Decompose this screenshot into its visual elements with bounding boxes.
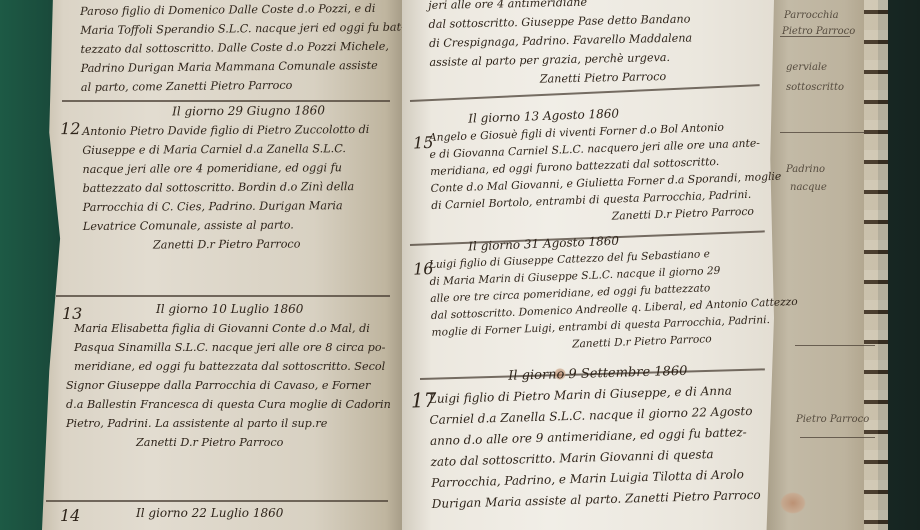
priest-signature: Zanetti D.r Pietro Parroco [66,433,391,452]
under-fragment: Padrino [786,160,825,180]
under-divider [795,345,875,346]
entry-line: Levatrice Comunale, assiste al parto. [83,215,370,236]
under-divider [780,132,870,133]
register-book: Parrocchia Pietro Parroco gerviale sotto… [0,0,920,530]
entry-17: 17 Il giorno 9 Settembre 1860 Luigi figl… [428,359,761,515]
entry-line: Antonio Pietro Davide figlio di Pietro Z… [82,120,369,141]
entry-date: Il giorno 22 Luglio 1860 [66,504,283,523]
entry-divider [56,295,390,297]
priest-signature: Zanetti D.r Pietro Parroco [83,234,370,255]
entry-number: 13 [62,304,82,323]
entry-number: 17 [411,390,437,412]
entry-line: battezzato dal sottoscritto. Bordin d.o … [83,177,370,198]
entry-13: 13 Il giorno 10 Luglio 1860 Maria Elisab… [66,300,391,452]
entry-line: Signor Giuseppe dalla Parrocchia di Cava… [66,376,391,395]
entry-divider [46,500,388,502]
entry-number: 14 [60,506,80,525]
entry-line: al parto, come Zanetti Pietro Parroco [81,75,406,97]
entry-number: 15 [413,134,434,152]
entry-line: Pietro, Padrini. La assistente al parto … [66,414,391,433]
entry-16: 16 Il giorno 31 Agosto 1860 Luigi figlio… [428,226,799,359]
ink-stain [780,492,806,514]
entry-14: 14 Il giorno 22 Luglio 1860 [66,504,283,523]
entry-line: Padrino Durigan Maria Mammana Comunale a… [81,56,406,78]
right-top-entry: jeri alle ore 4 antimeridiane dal sottos… [428,0,693,91]
entry-line: Pasqua Sinamilla S.L.C. nacque jeri alle… [66,338,391,357]
under-fragment: Pietro Parroco [796,410,869,430]
under-fragment: sottoscritto [786,78,844,98]
under-divider [780,36,850,37]
under-fragment: nacque [790,178,827,198]
under-fragment: gerviale [786,58,827,78]
left-top-entry: Paroso figlio di Domenico Dalle Coste d.… [80,0,406,97]
under-fragment: Pietro Parroco [782,22,855,42]
entry-line: Maria Elisabetta figlia di Giovanni Cont… [66,319,391,338]
entry-number: 16 [413,260,434,278]
page-edges [864,0,888,530]
entry-date: Il giorno 29 Giugno 1860 [82,101,369,122]
under-divider [800,437,875,438]
entry-number: 12 [60,119,80,138]
entry-12: 12 Il giorno 29 Giugno 1860 Antonio Piet… [82,101,370,255]
entry-line: Giuseppe e di Maria Carniel d.a Zanella … [82,139,369,160]
entry-line: Parrocchia di C. Cies, Padrino. Durigan … [83,196,370,217]
entry-date: Il giorno 10 Luglio 1860 [66,300,391,319]
entry-line: meridiane, ed oggi fu battezzata dal sot… [66,357,391,376]
entry-line: nacque jeri alle ore 4 pomeridiane, ed o… [82,158,369,179]
entry-15: 15 Il giorno 13 Agosto 1860 Angelo e Gio… [428,100,783,231]
entry-line: d.a Ballestin Francesca di questa Cura m… [66,395,391,414]
